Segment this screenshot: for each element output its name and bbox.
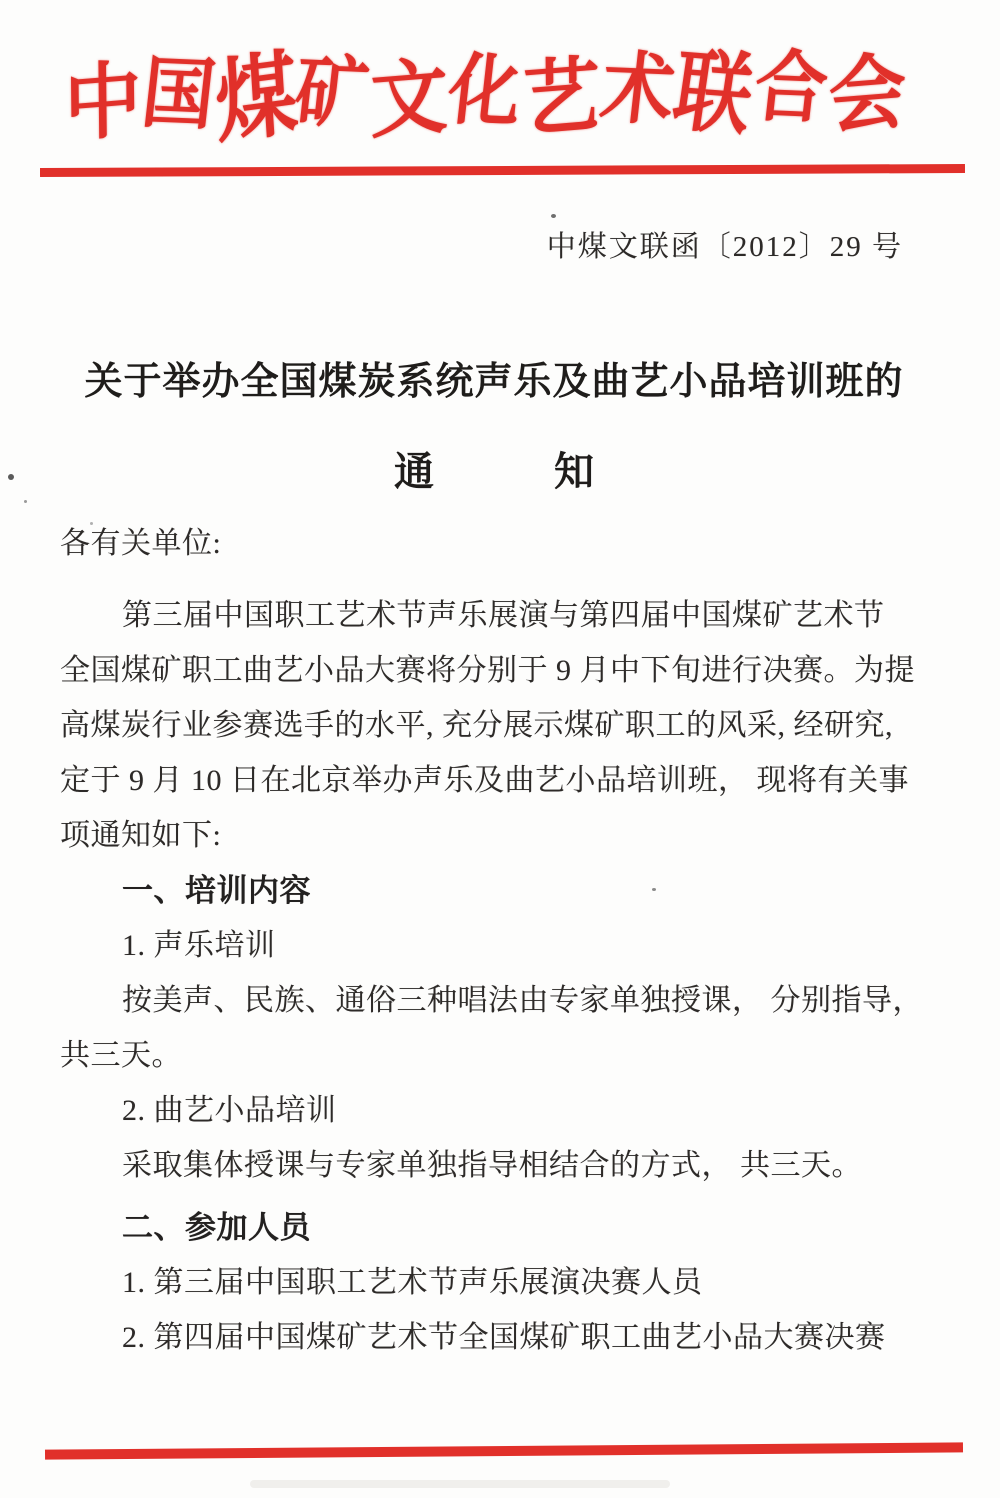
section-2-item-2: 2. 第四届中国煤矿艺术节全国煤矿职工曲艺小品大赛决赛 [60,1310,928,1365]
notice-body: 各有关单位: 第三届中国职工艺术节声乐展演与第四届中国煤矿艺术节 全国煤矿职工曲… [60,516,928,1365]
section-1-item-1-desc-cont: 共三天。 [60,1028,928,1083]
section-1-heading: 一、培训内容 [60,863,928,918]
scan-speck [90,522,93,525]
section-1-item-1: 1. 声乐培训 [60,918,928,973]
notice-title-line1: 关于举办全国煤炭系统声乐及曲艺小品培训班的 [60,350,928,405]
org-banner-calligraphy: 中国煤矿文化艺术联合会 [62,22,908,157]
red-divider-bottom [45,1442,963,1459]
scan-speck [652,888,656,891]
scanned-notice-page: 中国煤矿文化艺术联合会 中煤文联函〔2012〕29 号 关于举办全国煤炭系统声乐… [0,0,1000,1498]
salutation: 各有关单位: [60,516,928,571]
scan-speck [551,214,556,218]
section-2-item-1: 1. 第三届中国职工艺术节声乐展演决赛人员 [60,1255,928,1310]
paragraph-line-4: 定于 9 月 10 日在北京举办声乐及曲艺小品培训班， 现将有关事 [60,753,928,808]
section-1-item-2: 2. 曲艺小品培训 [60,1083,928,1138]
scan-speck [8,474,14,480]
paragraph-line-2: 全国煤矿职工曲艺小品大赛将分别于 9 月中下旬进行决赛。为提 [60,643,928,698]
paragraph-line-1: 第三届中国职工艺术节声乐展演与第四届中国煤矿艺术节 [60,588,928,643]
scan-speck [24,500,27,503]
scan-smudge [250,1480,670,1488]
section-1-item-1-desc: 按美声、民族、通俗三种唱法由专家单独授课， 分别指导， [60,973,928,1028]
paragraph-line-3: 高煤炭行业参赛选手的水平, 充分展示煤矿职工的风采, 经研究, [60,698,928,753]
red-divider-top [40,164,965,177]
document-number: 中煤文联函〔2012〕29 号 [547,224,903,265]
notice-title-line2: 通 知 [60,440,928,497]
paragraph-line-5: 项通知如下: [60,808,928,863]
section-1-item-2-desc: 采取集体授课与专家单独指导相结合的方式， 共三天。 [60,1138,928,1193]
section-2-heading: 二、参加人员 [60,1200,928,1255]
